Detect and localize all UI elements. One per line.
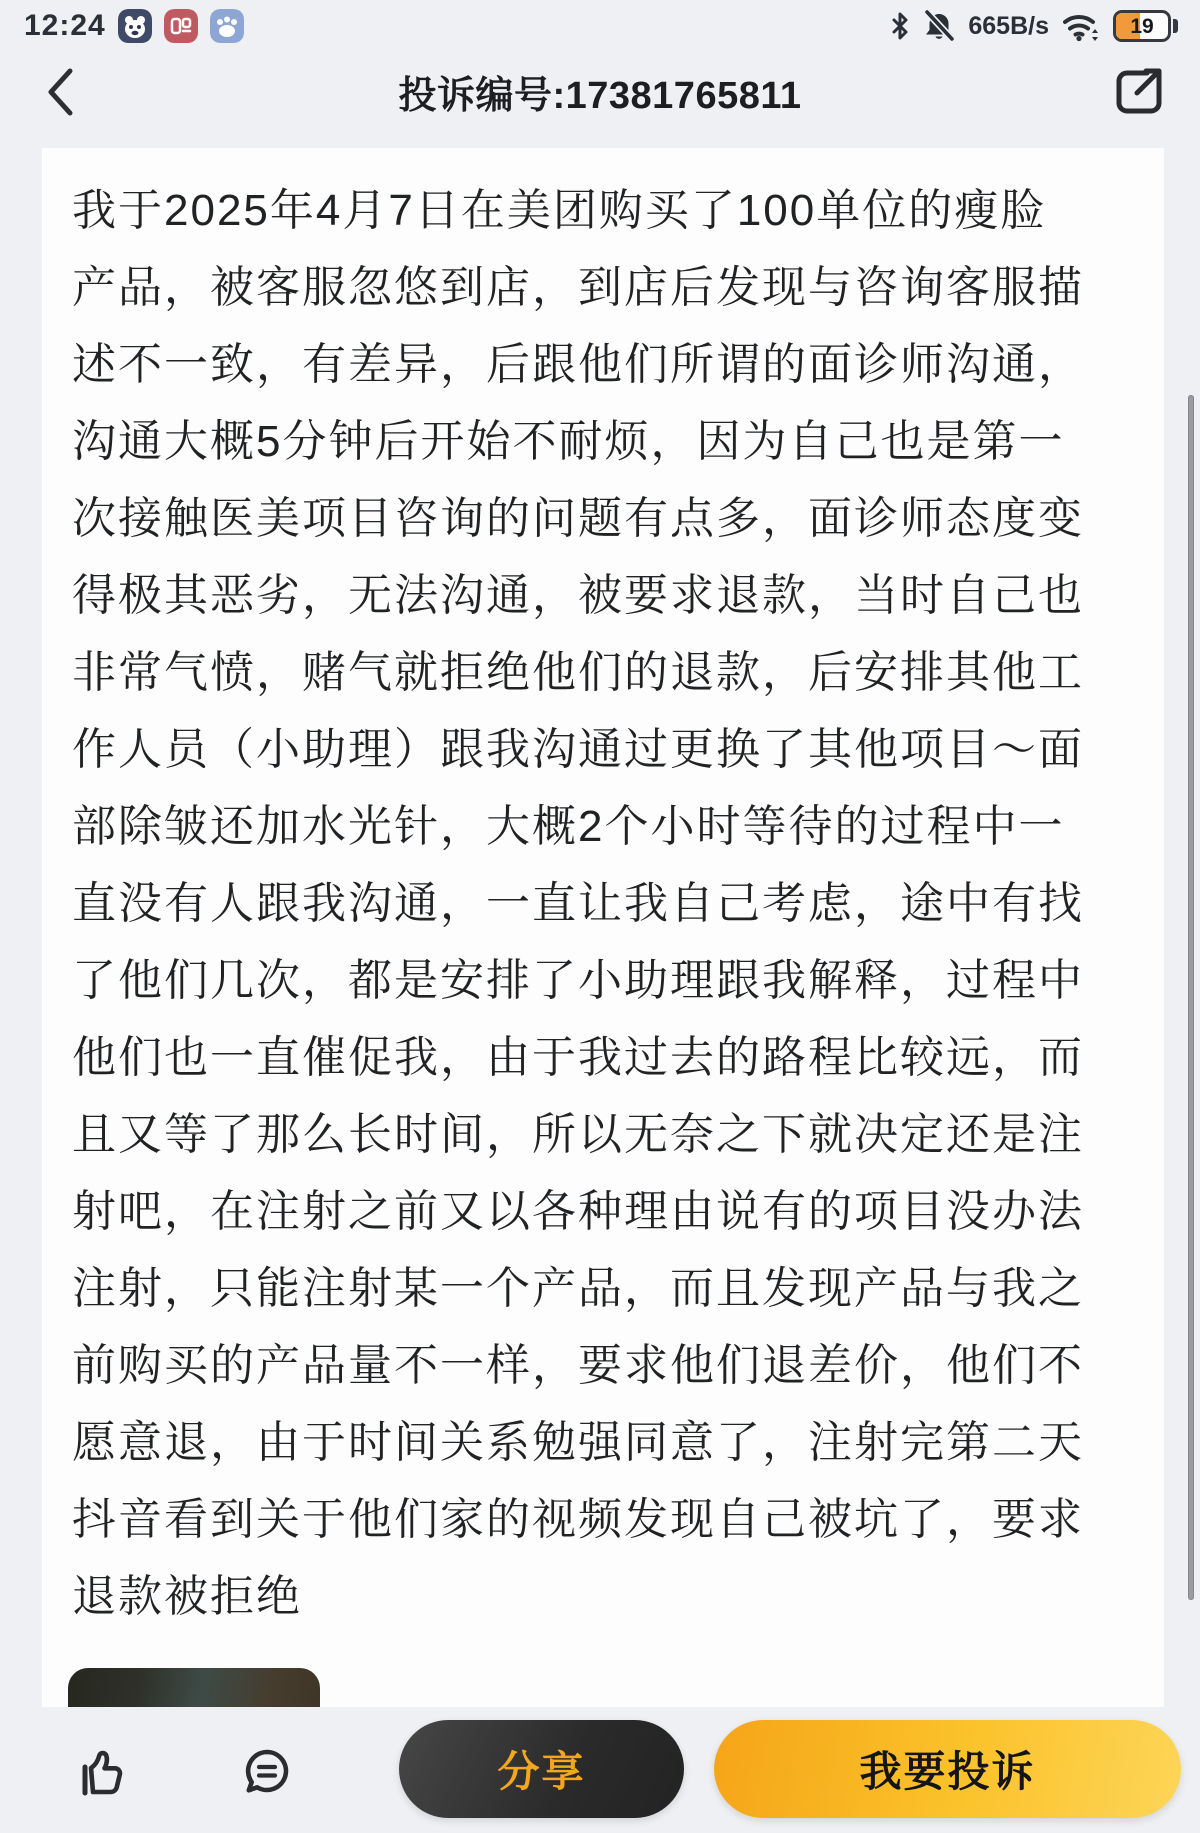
notification-app-icon-penguin bbox=[118, 9, 152, 43]
complaint-text-line: 我于2025年4月7日在美团购买了100单位的瘦脸 bbox=[72, 172, 1138, 249]
back-chevron-icon bbox=[45, 67, 75, 117]
complaint-text-line: 作人员（小助理）跟我沟通过更换了其他项目～面 bbox=[72, 711, 1138, 788]
complaint-text-line: 沟通大概5分钟后开始不耐烦，因为自己也是第一 bbox=[72, 403, 1138, 480]
network-speed-text: 665B/s bbox=[968, 12, 1049, 41]
status-bar: 12:24 bbox=[0, 0, 1200, 48]
complain-button[interactable]: 我要投诉 bbox=[714, 1720, 1181, 1818]
notification-app-icon-red-badge bbox=[164, 9, 198, 43]
attachment-photo-thumbnail[interactable] bbox=[68, 1668, 320, 1707]
share-button-label: 分享 bbox=[497, 1739, 585, 1799]
scrollbar[interactable] bbox=[1188, 395, 1194, 1600]
complaint-text-line: 部除皱还加水光针，大概2个小时等待的过程中一 bbox=[72, 788, 1138, 865]
complaint-text-line: 抖音看到关于他们家的视频发现自己被坑了，要求 bbox=[72, 1481, 1138, 1558]
comment-bubble-icon bbox=[242, 1747, 292, 1797]
export-icon bbox=[1110, 62, 1168, 120]
complaint-text-line: 且又等了那么长时间，所以无奈之下就决定还是注 bbox=[72, 1096, 1138, 1173]
complaint-text-line: 直没有人跟我沟通，一直让我自己考虑，途中有找 bbox=[72, 865, 1138, 942]
complaint-text-line: 了他们几次，都是安排了小助理跟我解释，过程中 bbox=[72, 942, 1138, 1019]
complaint-text-line: 注射，只能注射某一个产品，而且发现产品与我之 bbox=[72, 1250, 1138, 1327]
share-button[interactable]: 分享 bbox=[399, 1720, 684, 1818]
complain-button-label: 我要投诉 bbox=[859, 1739, 1035, 1799]
status-bar-right: 665B/s 19 bbox=[890, 9, 1178, 43]
complaint-text-line: 射吧，在注射之前又以各种理由说有的项目没办法 bbox=[72, 1173, 1138, 1250]
complaint-text-line: 产品，被客服忽悠到店，到店后发现与咨询客服描 bbox=[72, 249, 1138, 326]
thumbs-up-icon bbox=[77, 1746, 129, 1798]
complaint-text-line: 前购买的产品量不一样，要求他们退差价，他们不 bbox=[72, 1327, 1138, 1404]
comment-button[interactable] bbox=[241, 1746, 293, 1798]
complaint-text-line: 愿意退，由于时间关系勉强同意了，注射完第二天 bbox=[72, 1404, 1138, 1481]
complaint-detail-screen: 12:24 bbox=[0, 0, 1200, 1833]
nav-bar: 投诉编号:17381765811 bbox=[0, 48, 1200, 134]
battery-percent-text: 19 bbox=[1130, 16, 1153, 37]
share-page-button[interactable] bbox=[1108, 60, 1170, 122]
page-title: 投诉编号:17381765811 bbox=[398, 64, 801, 119]
notification-app-icon-paw bbox=[210, 9, 244, 43]
like-button[interactable] bbox=[77, 1746, 129, 1798]
complaint-text-line: 非常气愤，赌气就拒绝他们的退款，后安排其他工 bbox=[72, 634, 1138, 711]
back-button[interactable] bbox=[38, 64, 82, 120]
status-bar-left: 12:24 bbox=[24, 9, 244, 43]
complaint-text-line: 述不一致，有差异，后跟他们所谓的面诊师沟通， bbox=[72, 326, 1138, 403]
battery-nub bbox=[1173, 19, 1178, 33]
battery-body: 19 bbox=[1113, 10, 1171, 42]
wifi-icon bbox=[1061, 9, 1101, 43]
complaint-text: 我于2025年4月7日在美团购买了100单位的瘦脸 产品，被客服忽悠到店，到店后… bbox=[42, 148, 1164, 1635]
bluetooth-icon bbox=[890, 11, 910, 41]
complaint-text-line: 次接触医美项目咨询的问题有点多，面诊师态度变 bbox=[72, 480, 1138, 557]
complaint-text-line: 退款被拒绝 bbox=[72, 1558, 1138, 1635]
battery-indicator: 19 bbox=[1113, 10, 1178, 42]
clock-text: 12:24 bbox=[24, 9, 106, 43]
complaint-text-line: 得极其恶劣，无法沟通，被要求退款，当时自己也 bbox=[72, 557, 1138, 634]
complaint-content-card: 我于2025年4月7日在美团购买了100单位的瘦脸 产品，被客服忽悠到店，到店后… bbox=[42, 148, 1164, 1707]
notifications-muted-icon bbox=[922, 10, 956, 42]
complaint-text-line: 他们也一直催促我，由于我过去的路程比较远，而 bbox=[72, 1019, 1138, 1096]
